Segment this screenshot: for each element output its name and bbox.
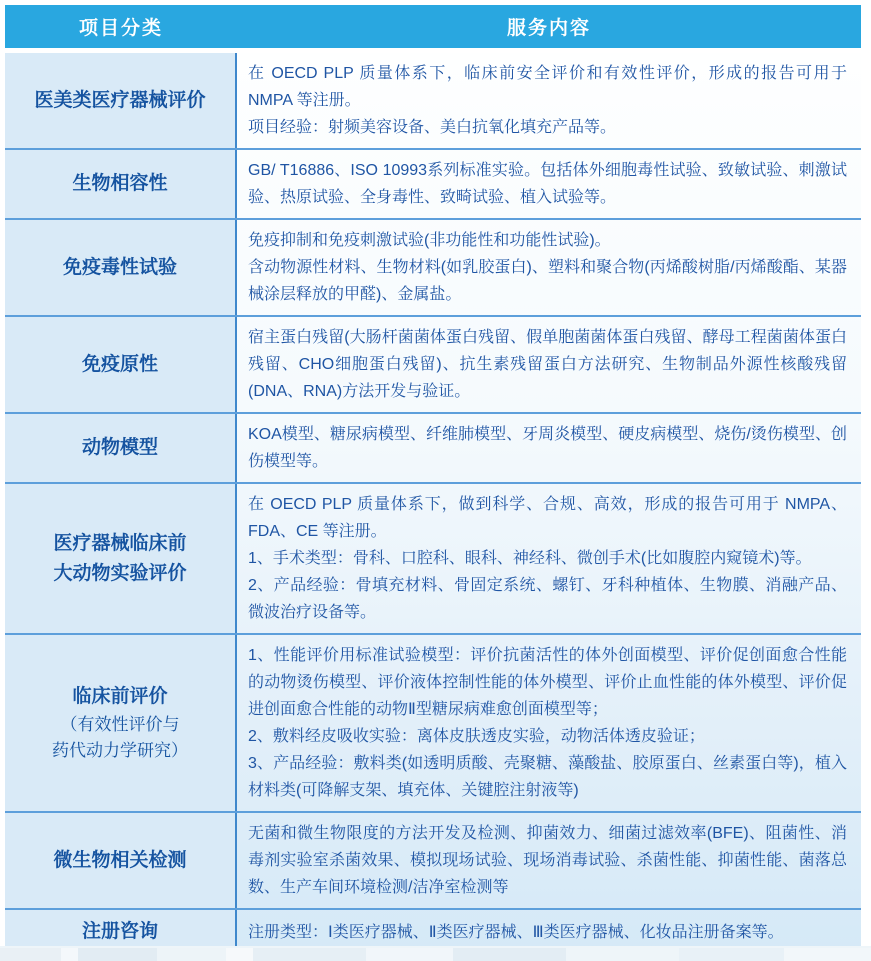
category-label: 免疫毒性试验: [63, 253, 177, 283]
content-paragraph: 无菌和微生物限度的方法开发及检测、抑菌效力、细菌过滤效率(BFE)、阻菌性、消毒…: [248, 820, 847, 901]
table-row: 医疗器械临床前大动物实验评价 在 OECD PLP 质量体系下，做到科学、合规、…: [5, 484, 861, 635]
table-row: 免疫毒性试验 免疫抑制和免疫刺激试验(非功能性和功能性试验)。含动物源性材料、生…: [5, 220, 861, 317]
content-cell: 无菌和微生物限度的方法开发及检测、抑菌效力、细菌过滤效率(BFE)、阻菌性、消毒…: [237, 813, 861, 908]
strip-block: [566, 948, 679, 961]
category-cell: 免疫毒性试验: [5, 220, 237, 315]
strip-block: [78, 948, 156, 961]
strip-block: [253, 948, 366, 961]
table-row: 微生物相关检测 无菌和微生物限度的方法开发及检测、抑菌效力、细菌过滤效率(BFE…: [5, 813, 861, 910]
content-paragraph: 注册类型：Ⅰ类医疗器械、Ⅱ类医疗器械、Ⅲ类医疗器械、化妆品注册备案等。: [248, 919, 847, 946]
table-header-row: 项目分类 服务内容: [5, 5, 861, 48]
content-cell: KOA模型、糖尿病模型、纤维肺模型、牙周炎模型、硬皮病模型、烧伤/烫伤模型、创伤…: [237, 414, 861, 482]
content-cell: GB/ T16886、ISO 10993系列标准实验。包括体外细胞毒性试验、致敏…: [237, 150, 861, 218]
category-cell: 生物相容性: [5, 150, 237, 218]
category-label: 医疗器械临床前: [53, 529, 186, 559]
background-image-strip: [0, 946, 871, 961]
strip-block: [679, 948, 784, 961]
content-paragraph: 在 OECD PLP 质量体系下，临床前安全评价和有效性评价，形成的报告可用于 …: [248, 60, 847, 114]
table-row: 生物相容性 GB/ T16886、ISO 10993系列标准实验。包括体外细胞毒…: [5, 150, 861, 220]
header-cell-category: 项目分类: [5, 5, 237, 48]
strip-block: [157, 948, 227, 961]
table-body: 医美类医疗器械评价 在 OECD PLP 质量体系下，临床前安全评价和有效性评价…: [5, 53, 861, 954]
category-cell: 临床前评价（有效性评价与药代动力学研究）: [5, 635, 237, 811]
content-paragraph: 3、产品经验：敷料类(如透明质酸、壳聚糖、藻酸盐、胶原蛋白、丝素蛋白等)，植入材…: [248, 750, 847, 804]
content-paragraph: 在 OECD PLP 质量体系下，做到科学、合规、高效，形成的报告可用于 NMP…: [248, 491, 847, 545]
content-paragraph: KOA模型、糖尿病模型、纤维肺模型、牙周炎模型、硬皮病模型、烧伤/烫伤模型、创伤…: [248, 421, 847, 475]
category-label: 医美类医疗器械评价: [34, 86, 205, 116]
strip-block: [0, 948, 61, 961]
content-paragraph: 含动物源性材料、生物材料(如乳胶蛋白)、塑料和聚合物(丙烯酸树脂/丙烯酸酯、某器…: [248, 254, 847, 308]
content-paragraph: 1、性能评价用标准试验模型：评价抗菌活性的体外创面模型、评价促创面愈合性能的动物…: [248, 642, 847, 723]
content-cell: 免疫抑制和免疫刺激试验(非功能性和功能性试验)。含动物源性材料、生物材料(如乳胶…: [237, 220, 861, 315]
category-cell: 免疫原性: [5, 317, 237, 412]
service-table: 项目分类 服务内容 医美类医疗器械评价 在 OECD PLP 质量体系下，临床前…: [5, 5, 861, 954]
category-cell: 医美类医疗器械评价: [5, 53, 237, 148]
category-cell: 动物模型: [5, 414, 237, 482]
category-cell: 微生物相关检测: [5, 813, 237, 908]
category-label: 动物模型: [82, 433, 158, 463]
content-paragraph: 免疫抑制和免疫刺激试验(非功能性和功能性试验)。: [248, 227, 847, 254]
category-label: 生物相容性: [72, 169, 167, 199]
category-label: 临床前评价: [72, 682, 167, 712]
category-label: （有效性评价与: [61, 712, 180, 738]
content-paragraph: 项目经验：射频美容设备、美白抗氧化填充产品等。: [248, 114, 847, 141]
category-label: 注册咨询: [82, 917, 158, 947]
category-label: 微生物相关检测: [53, 846, 186, 876]
strip-block: [453, 948, 566, 961]
category-label: 药代动力学研究）: [52, 738, 188, 764]
table-row: 动物模型 KOA模型、糖尿病模型、纤维肺模型、牙周炎模型、硬皮病模型、烧伤/烫伤…: [5, 414, 861, 484]
content-paragraph: GB/ T16886、ISO 10993系列标准实验。包括体外细胞毒性试验、致敏…: [248, 157, 847, 211]
content-cell: 1、性能评价用标准试验模型：评价抗菌活性的体外创面模型、评价促创面愈合性能的动物…: [237, 635, 861, 811]
strip-block: [226, 948, 252, 961]
content-paragraph: 1、手术类型：骨科、口腔科、眼科、神经科、微创手术(比如腹腔内窥镜术)等。: [248, 545, 847, 572]
content-cell: 宿主蛋白残留(大肠杆菌菌体蛋白残留、假单胞菌菌体蛋白残留、酵母工程菌菌体蛋白残留…: [237, 317, 861, 412]
strip-block: [366, 948, 453, 961]
table-row: 临床前评价（有效性评价与药代动力学研究） 1、性能评价用标准试验模型：评价抗菌活…: [5, 635, 861, 813]
content-cell: 在 OECD PLP 质量体系下，临床前安全评价和有效性评价，形成的报告可用于 …: [237, 53, 861, 148]
content-paragraph: 宿主蛋白残留(大肠杆菌菌体蛋白残留、假单胞菌菌体蛋白残留、酵母工程菌菌体蛋白残留…: [248, 324, 847, 405]
category-cell: 医疗器械临床前大动物实验评价: [5, 484, 237, 633]
table-row: 医美类医疗器械评价 在 OECD PLP 质量体系下，临床前安全评价和有效性评价…: [5, 53, 861, 150]
strip-block: [784, 948, 871, 961]
content-paragraph: 2、敷料经皮吸收实验：离体皮肤透皮实验，动物活体透皮验证；: [248, 723, 847, 750]
content-paragraph: 2、产品经验：骨填充材料、骨固定系统、螺钉、牙科种植体、生物膜、消融产品、微波治…: [248, 572, 847, 626]
strip-block: [61, 948, 78, 961]
category-label: 免疫原性: [82, 350, 158, 380]
table-row: 免疫原性 宿主蛋白残留(大肠杆菌菌体蛋白残留、假单胞菌菌体蛋白残留、酵母工程菌菌…: [5, 317, 861, 414]
content-cell: 在 OECD PLP 质量体系下，做到科学、合规、高效，形成的报告可用于 NMP…: [237, 484, 861, 633]
header-cell-content: 服务内容: [237, 5, 861, 48]
category-label: 大动物实验评价: [53, 559, 186, 589]
